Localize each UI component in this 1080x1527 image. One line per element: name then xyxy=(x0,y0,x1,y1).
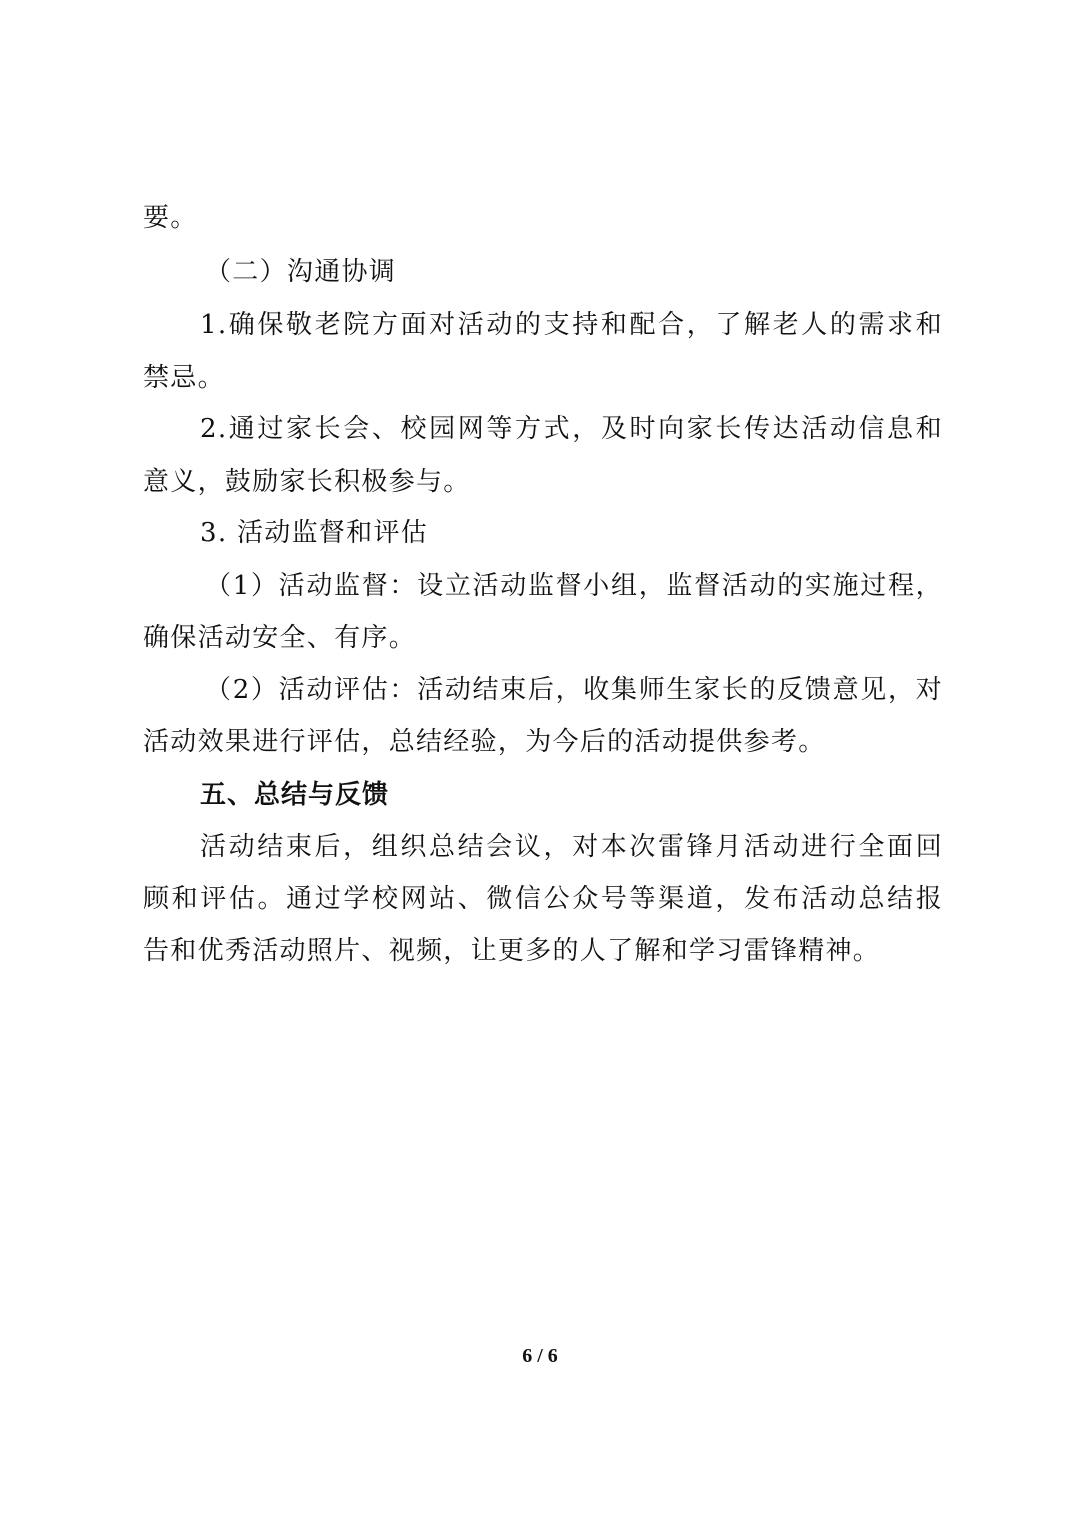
sub-item-1-line-1: （1）活动监督：设立活动监督小组，监督活动的实施过程， xyxy=(205,568,943,604)
sub-item-1-line-2: 确保活动安全、有序。 xyxy=(143,620,943,656)
page-number: 6 / 6 xyxy=(500,1344,580,1368)
list-item-3-heading: 3. 活动监督和评估 xyxy=(200,515,1000,551)
paragraph-continuation: 要。 xyxy=(143,200,943,236)
sub-item-2-line-2: 活动效果进行评估，总结经验，为今后的活动提供参考。 xyxy=(143,724,943,760)
list-item-2-line-1: 2.通过家长会、校园网等方式，及时向家长传达活动信息和 xyxy=(200,411,943,447)
section-heading: 五、总结与反馈 xyxy=(200,777,1000,813)
summary-paragraph-line-2: 顾和评估。通过学校网站、微信公众号等渠道，发布活动总结报 xyxy=(143,881,943,917)
list-item-2-line-2: 意义，鼓励家长积极参与。 xyxy=(143,464,943,500)
sub-item-2-line-1: （2）活动评估：活动结束后，收集师生家长的反馈意见，对 xyxy=(205,672,943,708)
subsection-heading: （二）沟通协调 xyxy=(205,254,1005,290)
summary-paragraph-line-3: 告和优秀活动照片、视频，让更多的人了解和学习雷锋精神。 xyxy=(143,933,943,969)
summary-paragraph-line-1: 活动结束后，组织总结会议，对本次雷锋月活动进行全面回 xyxy=(200,829,943,865)
list-item-1-line-2: 禁忌。 xyxy=(143,360,943,396)
document-page: 要。 （二）沟通协调 1.确保敬老院方面对活动的支持和配合，了解老人的需求和 禁… xyxy=(0,0,1080,1527)
list-item-1-line-1: 1.确保敬老院方面对活动的支持和配合，了解老人的需求和 xyxy=(200,307,943,343)
